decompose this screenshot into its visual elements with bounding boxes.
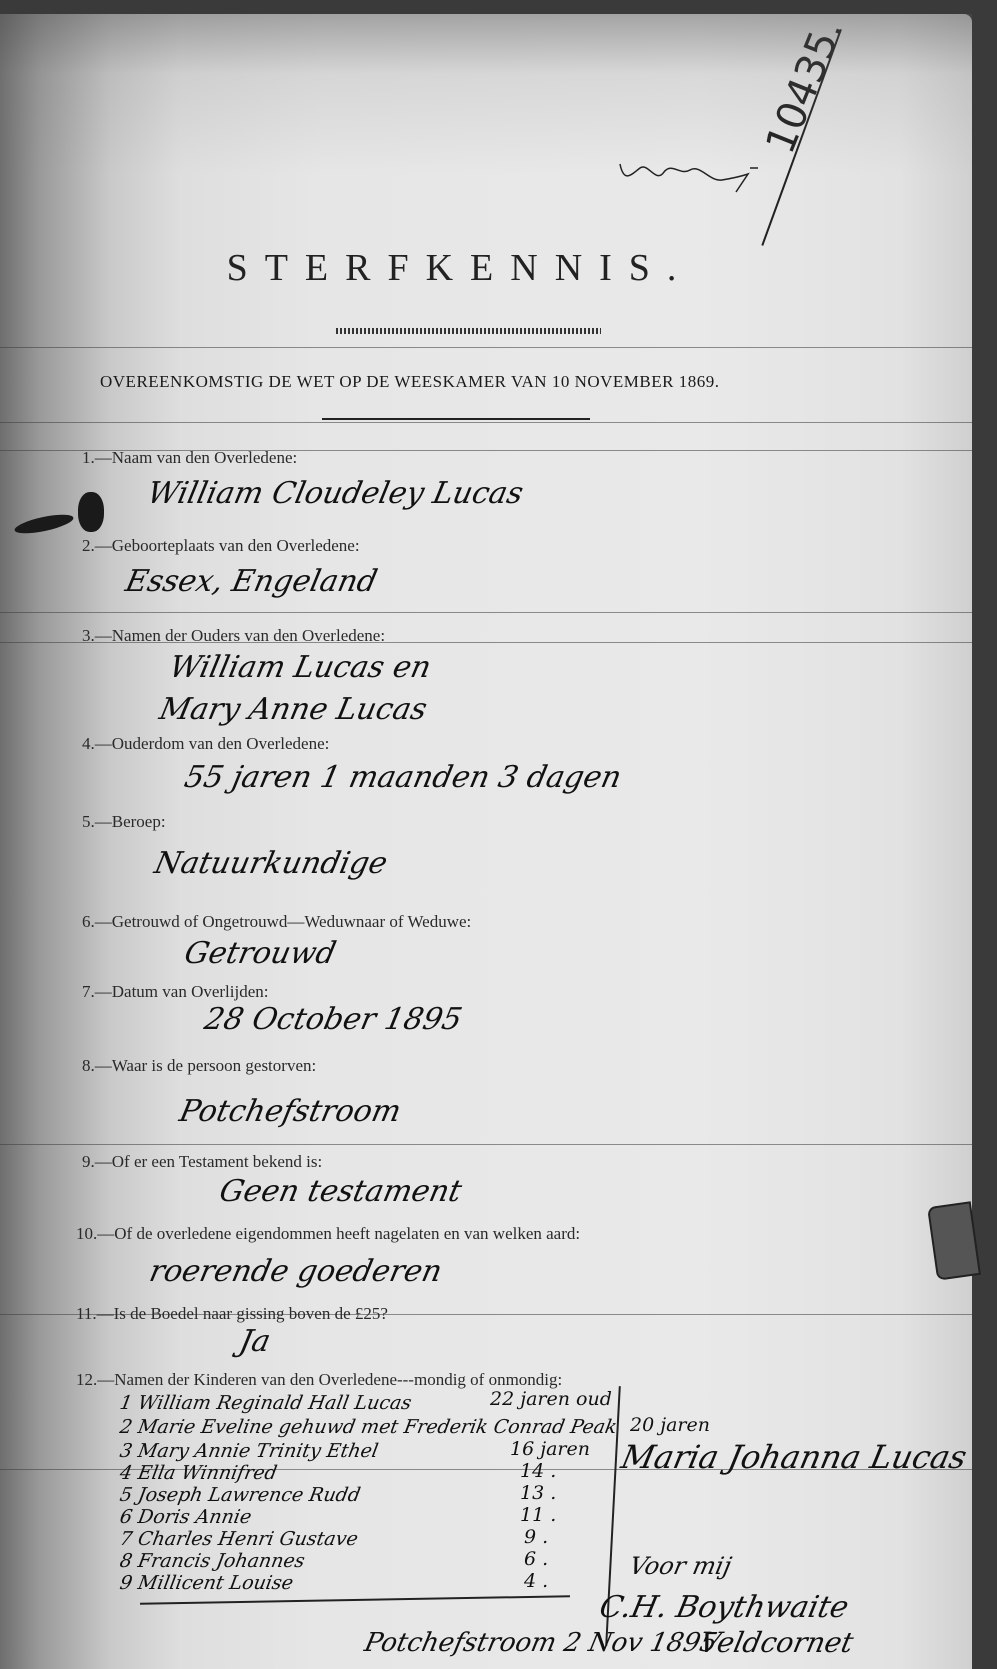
official-signature: C.H. Boythwaite bbox=[596, 1590, 852, 1625]
list-item: 2 Marie Eveline gehuwd met Frederik Conr… bbox=[118, 1416, 619, 1438]
widow-signature: Maria Johanna Lucas bbox=[618, 1438, 970, 1476]
ink-blot bbox=[78, 492, 104, 532]
child-age: 20 jaren bbox=[630, 1414, 710, 1436]
field-value-birthplace: Essex, Engeland bbox=[122, 564, 380, 599]
child-age: 6 . bbox=[524, 1548, 548, 1570]
child-age: 14 . bbox=[520, 1460, 556, 1482]
ruled-line bbox=[0, 612, 972, 613]
field-label-will: 9.—Of er een Testament bekend is: bbox=[82, 1152, 322, 1172]
field-label-estate-value: 11.—Is de Boedel naar gissing boven de £… bbox=[76, 1304, 388, 1324]
death-notice-page: 10435. STERFKENNIS. OVEREENKOMSTIG DE WE… bbox=[0, 14, 972, 1669]
field-label-name: 1.—Naam van den Overledene: bbox=[82, 448, 297, 468]
child-age: 9 . bbox=[524, 1526, 548, 1548]
field-value-estate-value: Ja bbox=[236, 1324, 273, 1359]
list-item: 1 William Reginald Hall Lucas bbox=[118, 1392, 413, 1414]
field-value-estate: roerende goederen bbox=[146, 1254, 445, 1289]
paper-clip-icon bbox=[927, 1201, 981, 1280]
field-value-parents-1: William Lucas en bbox=[166, 650, 434, 685]
ink-blot bbox=[13, 511, 75, 537]
before-me-text: Voor mij bbox=[627, 1552, 734, 1580]
child-age: 13 . bbox=[520, 1482, 556, 1504]
place-date-signed: Potchefstroom 2 Nov 1895 bbox=[362, 1628, 720, 1658]
subtitle-rule bbox=[322, 418, 590, 420]
title-ornament bbox=[336, 328, 601, 334]
scribble-mark-icon bbox=[618, 154, 778, 194]
document-subtitle: OVEREENKOMSTIG DE WET OP DE WEESKAMER VA… bbox=[100, 372, 840, 392]
field-value-parents-2: Mary Anne Lucas bbox=[156, 692, 430, 727]
field-label-estate: 10.—Of de overledene eigendommen heeft n… bbox=[76, 1224, 580, 1244]
field-label-place-of-death: 8.—Waar is de persoon gestorven: bbox=[82, 1056, 316, 1076]
reference-number: 10435. bbox=[757, 13, 852, 160]
document-title: STERFKENNIS. bbox=[190, 246, 730, 290]
ruled-line bbox=[0, 422, 972, 423]
child-age: 22 jaren oud bbox=[490, 1388, 612, 1410]
ruled-line bbox=[0, 1144, 972, 1145]
list-item: 3 Mary Annie Trinity Ethel bbox=[118, 1440, 380, 1462]
list-item: 8 Francis Johannes bbox=[118, 1550, 306, 1572]
list-item: 9 Millicent Louise bbox=[118, 1572, 295, 1594]
field-label-marital-status: 6.—Getrouwd of Ongetrouwd—Weduwnaar of W… bbox=[82, 912, 471, 932]
field-label-date-of-death: 7.—Datum van Overlijden: bbox=[82, 982, 269, 1002]
children-bracket-line bbox=[140, 1595, 570, 1605]
list-item: 4 Ella Winnifred bbox=[118, 1462, 279, 1484]
child-age: 4 . bbox=[524, 1570, 548, 1592]
field-value-age: 55 jaren 1 maanden 3 dagen bbox=[181, 760, 624, 795]
field-label-parents: 3.—Namen der Ouders van den Overledene: bbox=[82, 626, 385, 646]
child-age: 16 jaren bbox=[510, 1438, 590, 1460]
ruled-line bbox=[0, 347, 972, 348]
list-item: 7 Charles Henri Gustave bbox=[118, 1528, 360, 1550]
list-item: 6 Doris Annie bbox=[118, 1506, 253, 1528]
field-value-will: Geen testament bbox=[216, 1174, 465, 1209]
field-value-occupation: Natuurkundige bbox=[151, 846, 390, 881]
field-label-children: 12.—Namen der Kinderen van den Overleden… bbox=[76, 1370, 562, 1390]
field-label-birthplace: 2.—Geboorteplaats van den Overledene: bbox=[82, 536, 360, 556]
field-label-occupation: 5.—Beroep: bbox=[82, 812, 166, 832]
field-value-place-of-death: Potchefstroom bbox=[176, 1094, 404, 1129]
field-label-age: 4.—Ouderdom van den Overledene: bbox=[82, 734, 329, 754]
child-age: 11 . bbox=[520, 1504, 556, 1526]
list-item: 5 Joseph Lawrence Rudd bbox=[118, 1484, 362, 1506]
official-title: Veldcornet bbox=[696, 1626, 856, 1659]
field-value-date-of-death: 28 October 1895 bbox=[201, 1002, 465, 1037]
field-value-name: William Cloudeley Lucas bbox=[144, 476, 526, 511]
field-value-marital-status: Getrouwd bbox=[181, 936, 339, 971]
